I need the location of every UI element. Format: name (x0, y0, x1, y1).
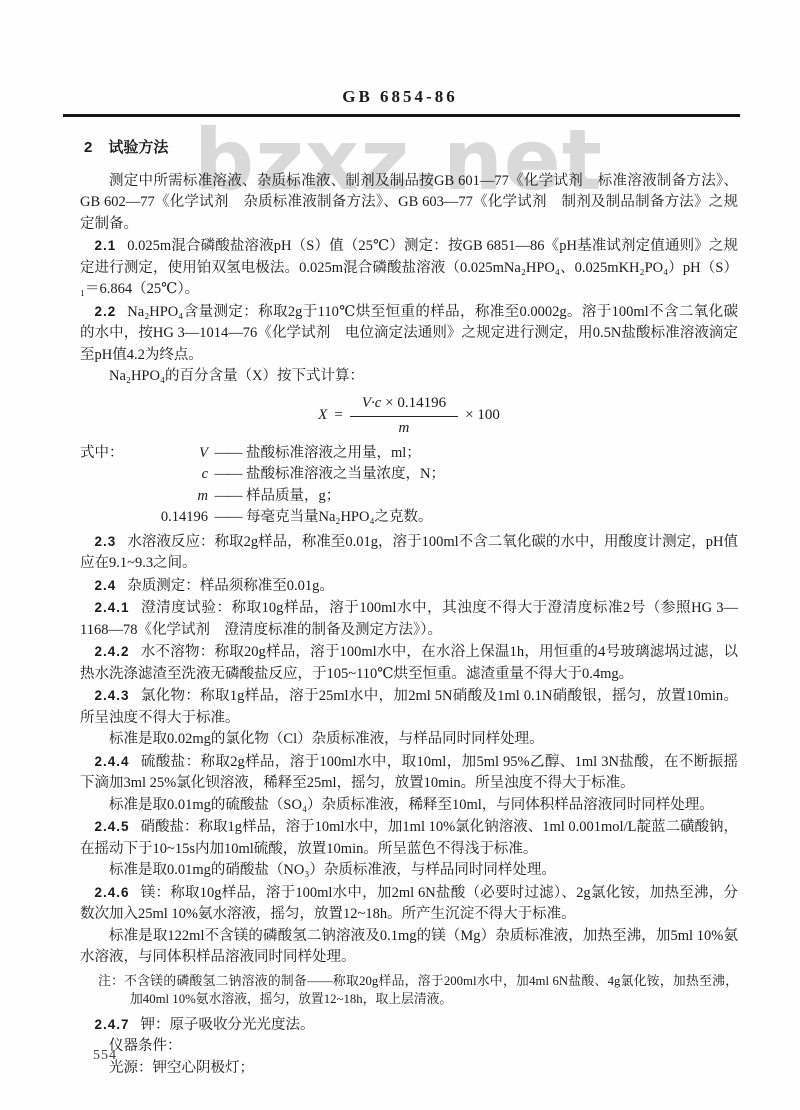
formula-equals: = (334, 405, 342, 427)
section-number: 2.3 (95, 534, 117, 549)
legend-desc: 每毫克当量Na₂HPO₄之克数。 (246, 507, 738, 529)
section-number: 2.4.7 (95, 1017, 130, 1032)
formula-legend: 式中： V —— 盐酸标准溶液之用量，ml； c —— 盐酸标准溶液之当量浓度，… (80, 443, 738, 529)
section-2-2: 2.2Na₂HPO₄含量测定：称取2g于110℃烘至恒重的样品，称准至0.000… (80, 301, 738, 367)
legend-dash: —— (210, 464, 246, 486)
section-2-4-2: 2.4.2水不溶物：称取20g样品，溶于100ml水中，在水浴上保温1h，用恒重… (80, 641, 738, 685)
section-heading-title: 试验方法 (108, 139, 168, 156)
section-number: 2.4.6 (95, 885, 130, 900)
intro-paragraph: 测定中所需标准溶液、杂质标准液、制剂及制品按GB 601—77《化学试剂 标准溶… (80, 171, 738, 236)
formula: X = V·c × 0.14196 m × 100 (80, 393, 738, 440)
formula-fraction: V·c × 0.14196 m (350, 393, 458, 440)
section-2-3: 2.3水溶液反应：称取2g样品，称准至0.01g，溶于100ml不含二氧化碳的水… (80, 531, 738, 575)
section-number: 2.4.3 (95, 688, 130, 703)
section-text: 水不溶物：称取20g样品，溶于100ml水中，在水浴上保温1h，用恒重的4号玻璃… (80, 644, 738, 682)
section-2-4-4: 2.4.4硫酸盐：称取2g样品，溶于100ml水中，取10ml，加5ml 95%… (80, 751, 738, 795)
section-number: 2.2 (95, 304, 117, 319)
section-2-4-3: 2.4.3氯化物：称取1g样品，溶于25ml水中，加2ml 5N硝酸及1ml 0… (80, 685, 738, 729)
legend-dash: —— (210, 443, 246, 465)
standard-paragraph: 标准是取122ml不含镁的磷酸氢二钠溶液及0.1mg的镁（Mg）杂质标准液，加热… (80, 926, 738, 969)
document-body: 2试验方法 测定中所需标准溶液、杂质标准液、制剂及制品按GB 601—77《化学… (0, 117, 800, 1079)
legend-symbol: 0.14196 (132, 507, 210, 529)
section-2-4-7: 2.4.7钾：原子吸收分光光度法。 (80, 1014, 738, 1037)
section-text: 氯化物：称取1g样品，溶于25ml水中，加2ml 5N硝酸及1ml 0.1N硝酸… (80, 688, 738, 726)
section-text: 澄清度试验：称取10g样品，溶于100ml水中，其浊度不得大于澄清度标准2号（参… (80, 600, 738, 638)
section-number: 2.4.4 (95, 754, 130, 769)
note-paragraph: 注：不含镁的磷酸氢二钠溶液的制备——称取20g样品，溶于200ml水中，加4ml… (80, 972, 738, 1009)
legend-symbol: m (132, 486, 210, 508)
section-text: 水溶液反应：称取2g样品，称准至0.01g，溶于100ml不含二氧化碳的水中，用… (80, 534, 738, 572)
formula-lhs: X (318, 405, 327, 427)
section-text: 硫酸盐：称取2g样品，溶于100ml水中，取10ml，加5ml 95%乙醇、1m… (80, 754, 738, 792)
instrument-conditions-line: 仪器条件： (80, 1036, 738, 1058)
section-text: Na₂HPO₄含量测定：称取2g于110℃烘至恒重的样品，称准至0.0002g。… (80, 304, 738, 363)
formula-lead-in: Na₂HPO₄的百分含量（X）按下式计算： (80, 366, 738, 388)
section-number: 2.4.1 (95, 600, 130, 615)
section-number: 2.1 (95, 238, 117, 253)
standard-paragraph: 标准是取0.02mg的氯化物（Cl）杂质标准液，与样品同时同样处理。 (80, 729, 738, 751)
section-2-1: 2.10.025m混合磷酸盐溶液pH（S）值（25℃）测定：按GB 6851—8… (80, 235, 738, 301)
document-page: bzxz.net GB 6854-86 2试验方法 测定中所需标准溶液、杂质标准… (0, 0, 800, 1110)
standard-code-header: GB 6854-86 (0, 0, 800, 107)
light-source-line: 光源：钾空心阴极灯； (80, 1058, 738, 1080)
standard-paragraph: 标准是取0.01mg的硝酸盐（NO₃）杂质标准液，与样品同时同样处理。 (80, 860, 738, 882)
legend-symbol: V (132, 443, 210, 465)
section-text: 0.025m混合磷酸盐溶液pH（S）值（25℃）测定：按GB 6851—86《p… (80, 238, 738, 297)
legend-symbol: c (132, 464, 210, 486)
legend-dash: —— (210, 486, 246, 508)
numerator-variables: V·c (362, 395, 382, 411)
standard-paragraph: 标准是取0.01mg的硫酸盐（SO₄）杂质标准液，稀释至10ml，与同体积样品溶… (80, 795, 738, 817)
section-2-4-5: 2.4.5硝酸盐：称取1g样品，溶于10ml水中，加1ml 10%氯化钠溶液、1… (80, 816, 738, 860)
legend-desc: 样品质量，g； (246, 486, 738, 508)
page-number: 554 (93, 1048, 117, 1064)
legend-dash: —— (210, 507, 246, 529)
legend-row: c —— 盐酸标准溶液之当量浓度，N； (80, 464, 738, 486)
legend-row: 0.14196 —— 每毫克当量Na₂HPO₄之克数。 (80, 507, 738, 529)
section-heading: 2试验方法 (84, 137, 738, 159)
legend-row: m —— 样品质量，g； (80, 486, 738, 508)
legend-desc: 盐酸标准溶液之用量，ml； (246, 443, 738, 465)
formula-suffix: × 100 (465, 405, 500, 427)
formula-numerator: V·c × 0.14196 (350, 393, 458, 418)
section-text: 硝酸盐：称取1g样品，溶于10ml水中，加1ml 10%氯化钠溶液、1ml 0.… (80, 819, 738, 857)
numerator-constant: × 0.14196 (385, 395, 446, 411)
section-number: 2.4.5 (95, 819, 130, 834)
section-number: 2.4.2 (95, 644, 130, 659)
section-text: 镁：称取10g样品，溶于100ml水中，加2ml 6N盐酸（必要时过滤）、2g氯… (80, 885, 738, 923)
section-2-4: 2.4杂质测定：样品须称准至0.01g。 (80, 575, 738, 598)
section-2-4-6: 2.4.6镁：称取10g样品，溶于100ml水中，加2ml 6N盐酸（必要时过滤… (80, 882, 738, 926)
section-text: 杂质测定：样品须称准至0.01g。 (127, 578, 334, 594)
section-text: 钾：原子吸收分光光度法。 (141, 1017, 315, 1033)
legend-desc: 盐酸标准溶液之当量浓度，N； (246, 464, 738, 486)
legend-label: 式中： (80, 443, 132, 465)
legend-row: 式中： V —— 盐酸标准溶液之用量，ml； (80, 443, 738, 465)
section-2-4-1: 2.4.1澄清度试验：称取10g样品，溶于100ml水中，其浊度不得大于澄清度标… (80, 597, 738, 641)
formula-denominator: m (350, 417, 458, 440)
section-number: 2.4 (95, 578, 117, 593)
section-heading-number: 2 (84, 139, 92, 156)
